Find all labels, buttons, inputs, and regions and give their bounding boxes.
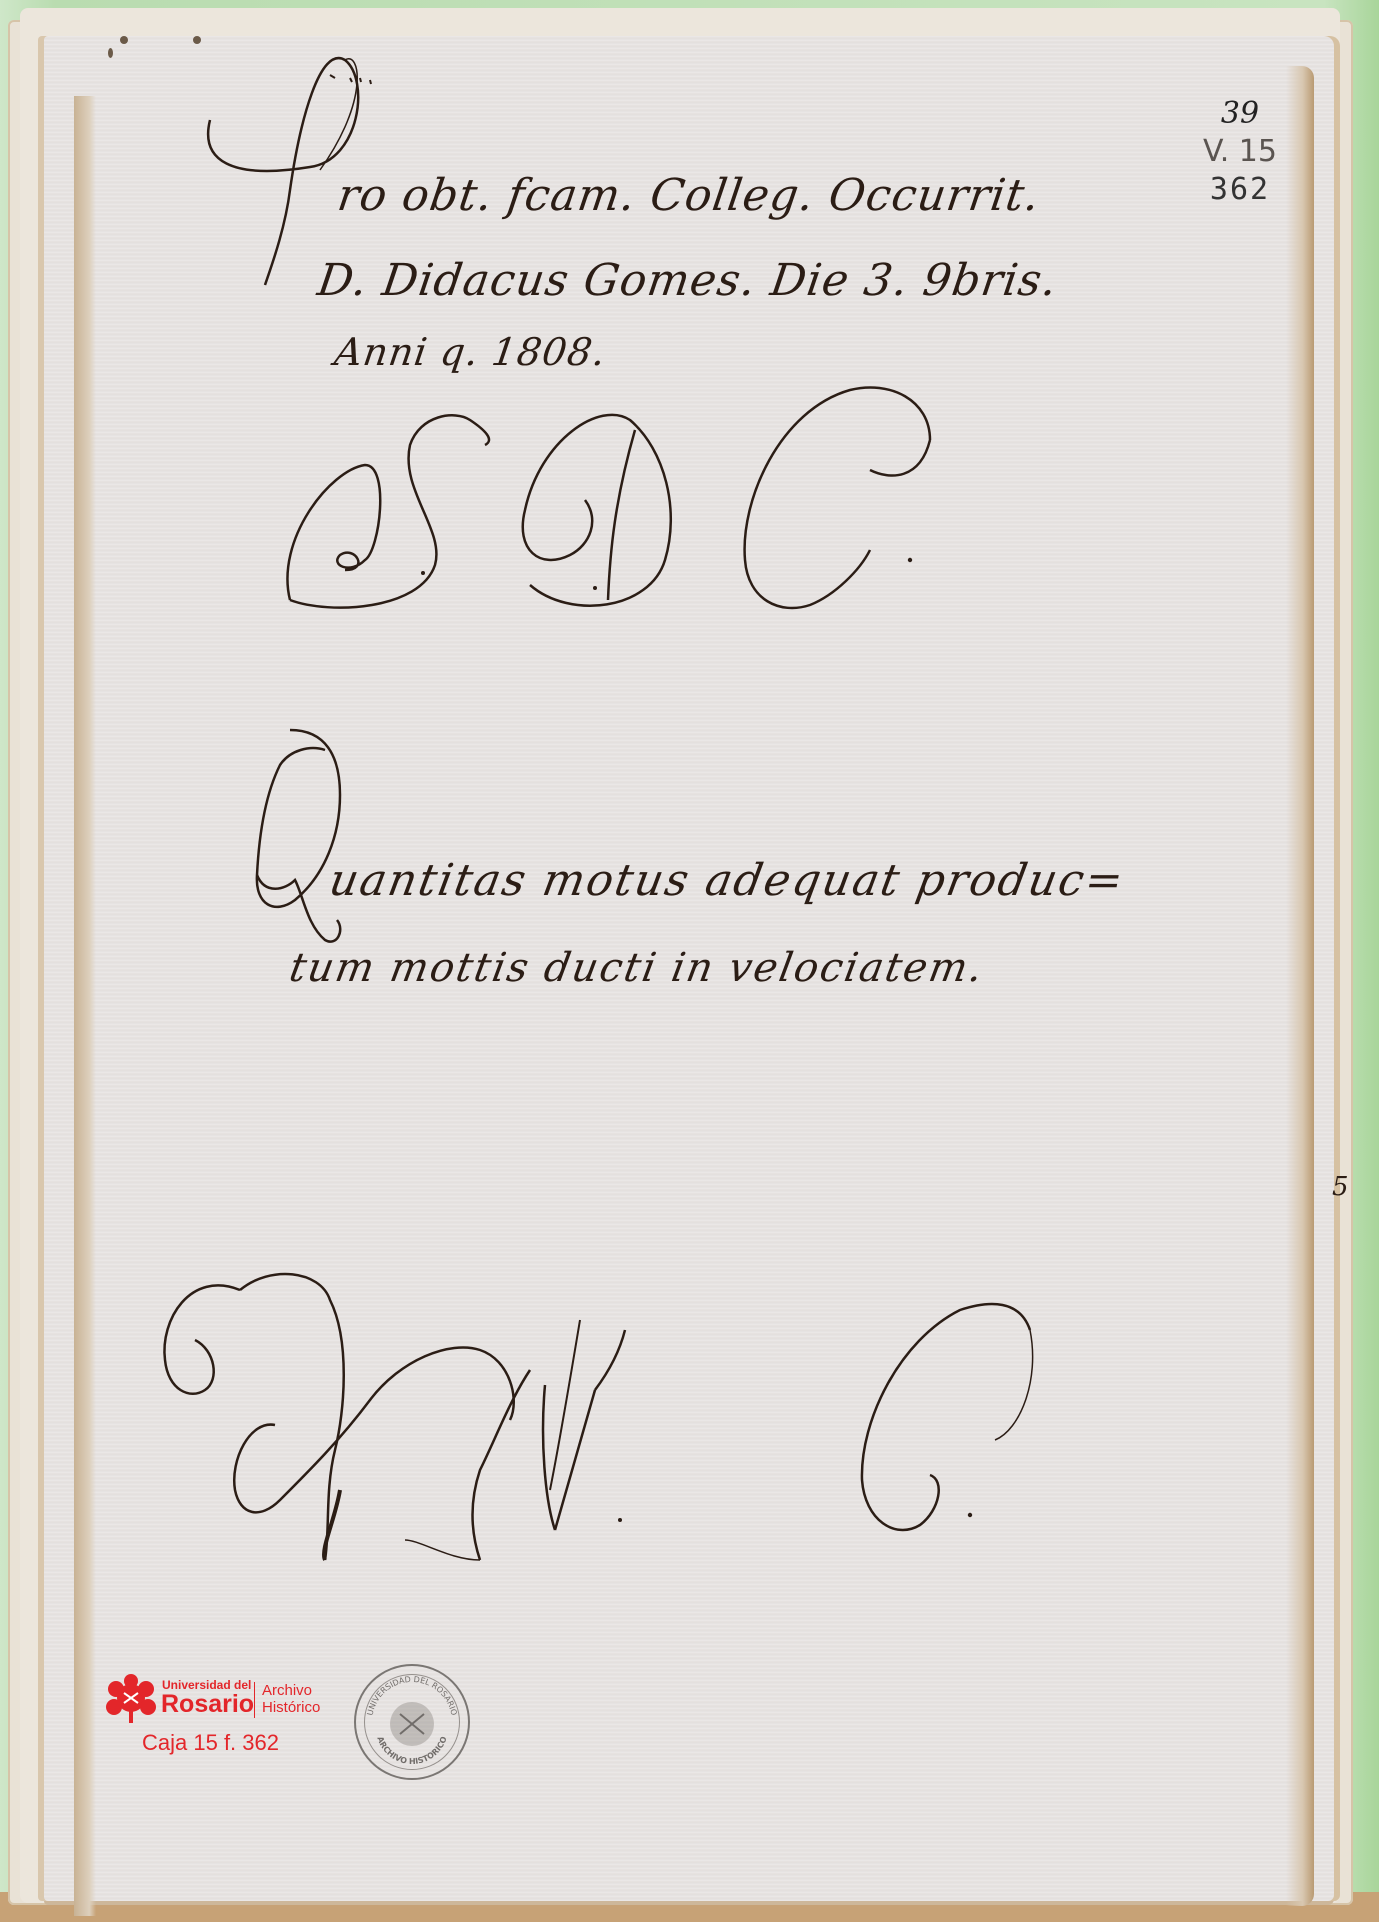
stamped-folio-number: 362 — [1195, 171, 1285, 209]
folio-marks: 39 V. 15 362 — [1195, 95, 1285, 209]
heading-line-3: Anni q. 1808. — [332, 330, 609, 374]
monogram-sdc — [270, 370, 970, 640]
department-label: Archivo Histórico — [262, 1682, 320, 1716]
heading-line-2: D. Didacus Gomes. Die 3. 9bris. — [314, 255, 1060, 306]
pencil-volume-mark: V. 15 — [1195, 133, 1285, 171]
right-edge-stain — [1286, 66, 1314, 1906]
body-initial-q — [245, 725, 375, 955]
rosario-emblem-icon — [104, 1673, 158, 1723]
archive-reference: Caja 15 f. 362 — [142, 1730, 279, 1756]
margin-number: 5 — [1332, 1172, 1349, 1202]
body-line-2: tum mottis ducti in velociatem. — [286, 945, 988, 991]
logo-divider — [254, 1682, 255, 1718]
department-line-2: Histórico — [262, 1699, 320, 1716]
ink-folio-number: 39 — [1195, 95, 1285, 133]
seal-emblem-icon: UNIVERSIDAD DEL ROSARIO ARCHIVO HISTORIC… — [356, 1666, 468, 1778]
left-edge-stain — [74, 96, 96, 1916]
body-line-1: uantitas motus adequat produc= — [326, 855, 1129, 906]
ink-dot — [108, 48, 113, 58]
heading-line-1: ro obt. fcam. Colleg. Occurrit. — [334, 170, 1043, 221]
ink-dot — [120, 36, 128, 44]
archive-logo: Universidad del Rosario Archivo Históric… — [104, 1668, 344, 1778]
monogram-vnc — [150, 1240, 1070, 1580]
archive-seal: UNIVERSIDAD DEL ROSARIO ARCHIVO HISTORIC… — [354, 1664, 470, 1780]
institution-line-2: Rosario — [161, 1690, 254, 1719]
department-line-1: Archivo — [262, 1682, 320, 1699]
heading-initial-flourish — [200, 40, 430, 290]
